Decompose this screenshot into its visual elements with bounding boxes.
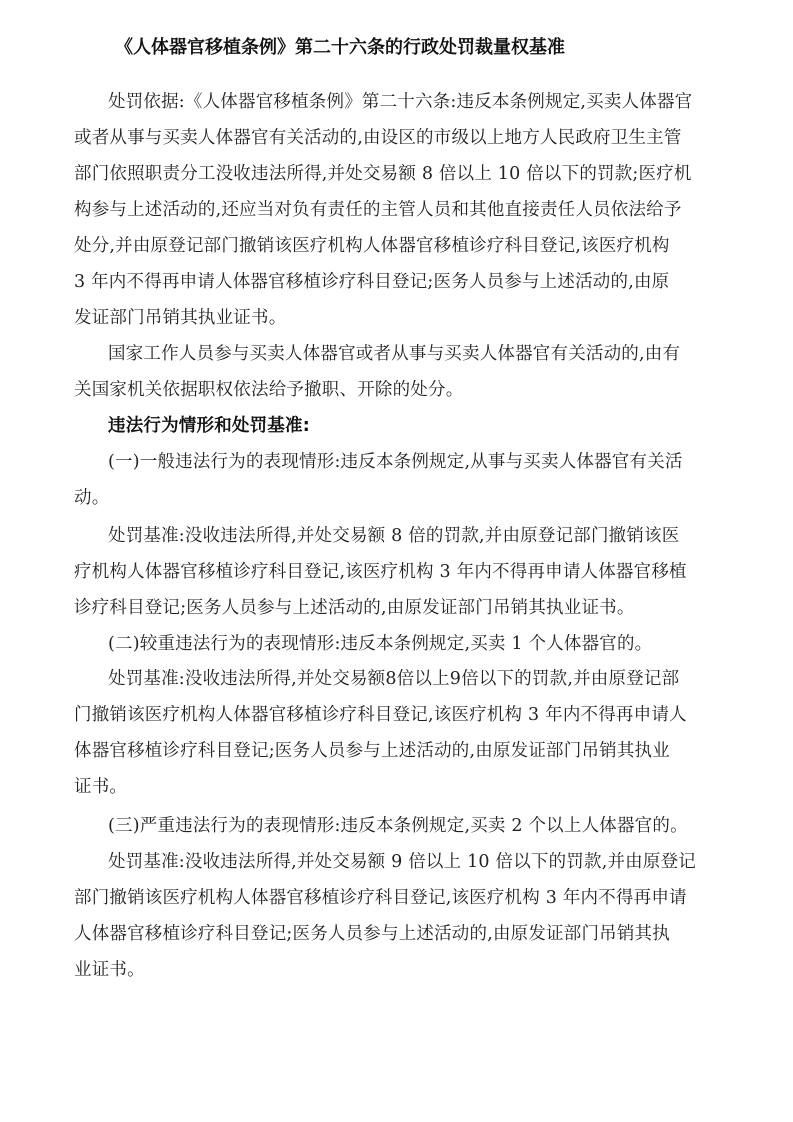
situation-line: (二)较重违法行为的表现情形:违反本条例规定,买卖 1 个人体器官的。 xyxy=(108,632,652,656)
penalty-line: 诊疗科目登记;医务人员参与上述活动的,由原发证部门吊销其执业证书。 xyxy=(74,596,635,620)
text-line: 国家工作人员参与买卖人体器官或者从事与买卖人体器官有关活动的,由有 xyxy=(108,342,680,366)
penalty-line: 体器官移植诊疗科目登记;医务人员参与上述活动的,由原发证部门吊销其执业 xyxy=(74,739,670,763)
penalty-line: 处罚基准:没收违法所得,并处交易额 8 倍的罚款,并由原登记部门撤销该医 xyxy=(108,524,679,548)
text-line: 3 年内不得再申请人体器官移植诊疗科目登记;医务人员参与上述活动的,由原 xyxy=(74,270,669,294)
penalty-line: 业证书。 xyxy=(74,958,145,982)
penalty-line: 门撤销该医疗机构人体器官移植诊疗科目登记,该医疗机构 3 年内不得再申请人 xyxy=(74,703,687,727)
section-heading: 违法行为情形和处罚基准: xyxy=(108,414,310,438)
penalty-line: 证书。 xyxy=(74,775,127,799)
text-line: 构参与上述活动的,还应当对负有责任的主管人员和其他直接责任人员依法给予 xyxy=(74,198,682,222)
penalty-line: 疗机构人体器官移植诊疗科目登记,该医疗机构 3 年内不得再申请人体器官移植 xyxy=(74,560,687,584)
text-line: 关国家机关依据职权依法给予撤职、开除的处分。 xyxy=(74,378,463,402)
document-title: 《人体器官移植条例》第二十六条的行政处罚裁量权基准 xyxy=(115,35,565,61)
penalty-line: 处罚基准:没收违法所得,并处交易额 9 倍以上 10 倍以下的罚款,并由原登记 xyxy=(108,850,696,874)
text-line: 或者从事与买卖人体器官有关活动的,由设区的市级以上地方人民政府卫生主管 xyxy=(74,126,682,150)
penalty-line: 处罚基准:没收违法所得,并处交易额8倍以上9倍以下的罚款,并由原登记部 xyxy=(108,667,679,691)
text-line: 部门依照职责分工没收违法所得,并处交易额 8 倍以上 10 倍以下的罚款;医疗机 xyxy=(74,162,692,186)
document-page: 《人体器官移植条例》第二十六条的行政处罚裁量权基准 处罚依据:《人体器官移植条例… xyxy=(0,0,793,1122)
text-line: 发证部门吊销其执业证书。 xyxy=(74,306,286,330)
situation-line: 动。 xyxy=(74,486,109,510)
text-line: 处罚依据:《人体器官移植条例》第二十六条:违反本条例规定,买卖人体器官 xyxy=(108,90,692,114)
penalty-line: 部门撤销该医疗机构人体器官移植诊疗科目登记,该医疗机构 3 年内不得再申请 xyxy=(74,886,687,910)
text-line: 处分,并由原登记部门撤销该医疗机构人体器官移植诊疗科目登记,该医疗机构 xyxy=(74,234,670,258)
situation-line: (一)一般违法行为的表现情形:违反本条例规定,从事与买卖人体器官有关活 xyxy=(108,450,683,474)
penalty-line: 人体器官移植诊疗科目登记;医务人员参与上述活动的,由原发证部门吊销其执 xyxy=(74,922,670,946)
situation-line: (三)严重违法行为的表现情形:违反本条例规定,买卖 2 个以上人体器官的。 xyxy=(108,814,688,838)
